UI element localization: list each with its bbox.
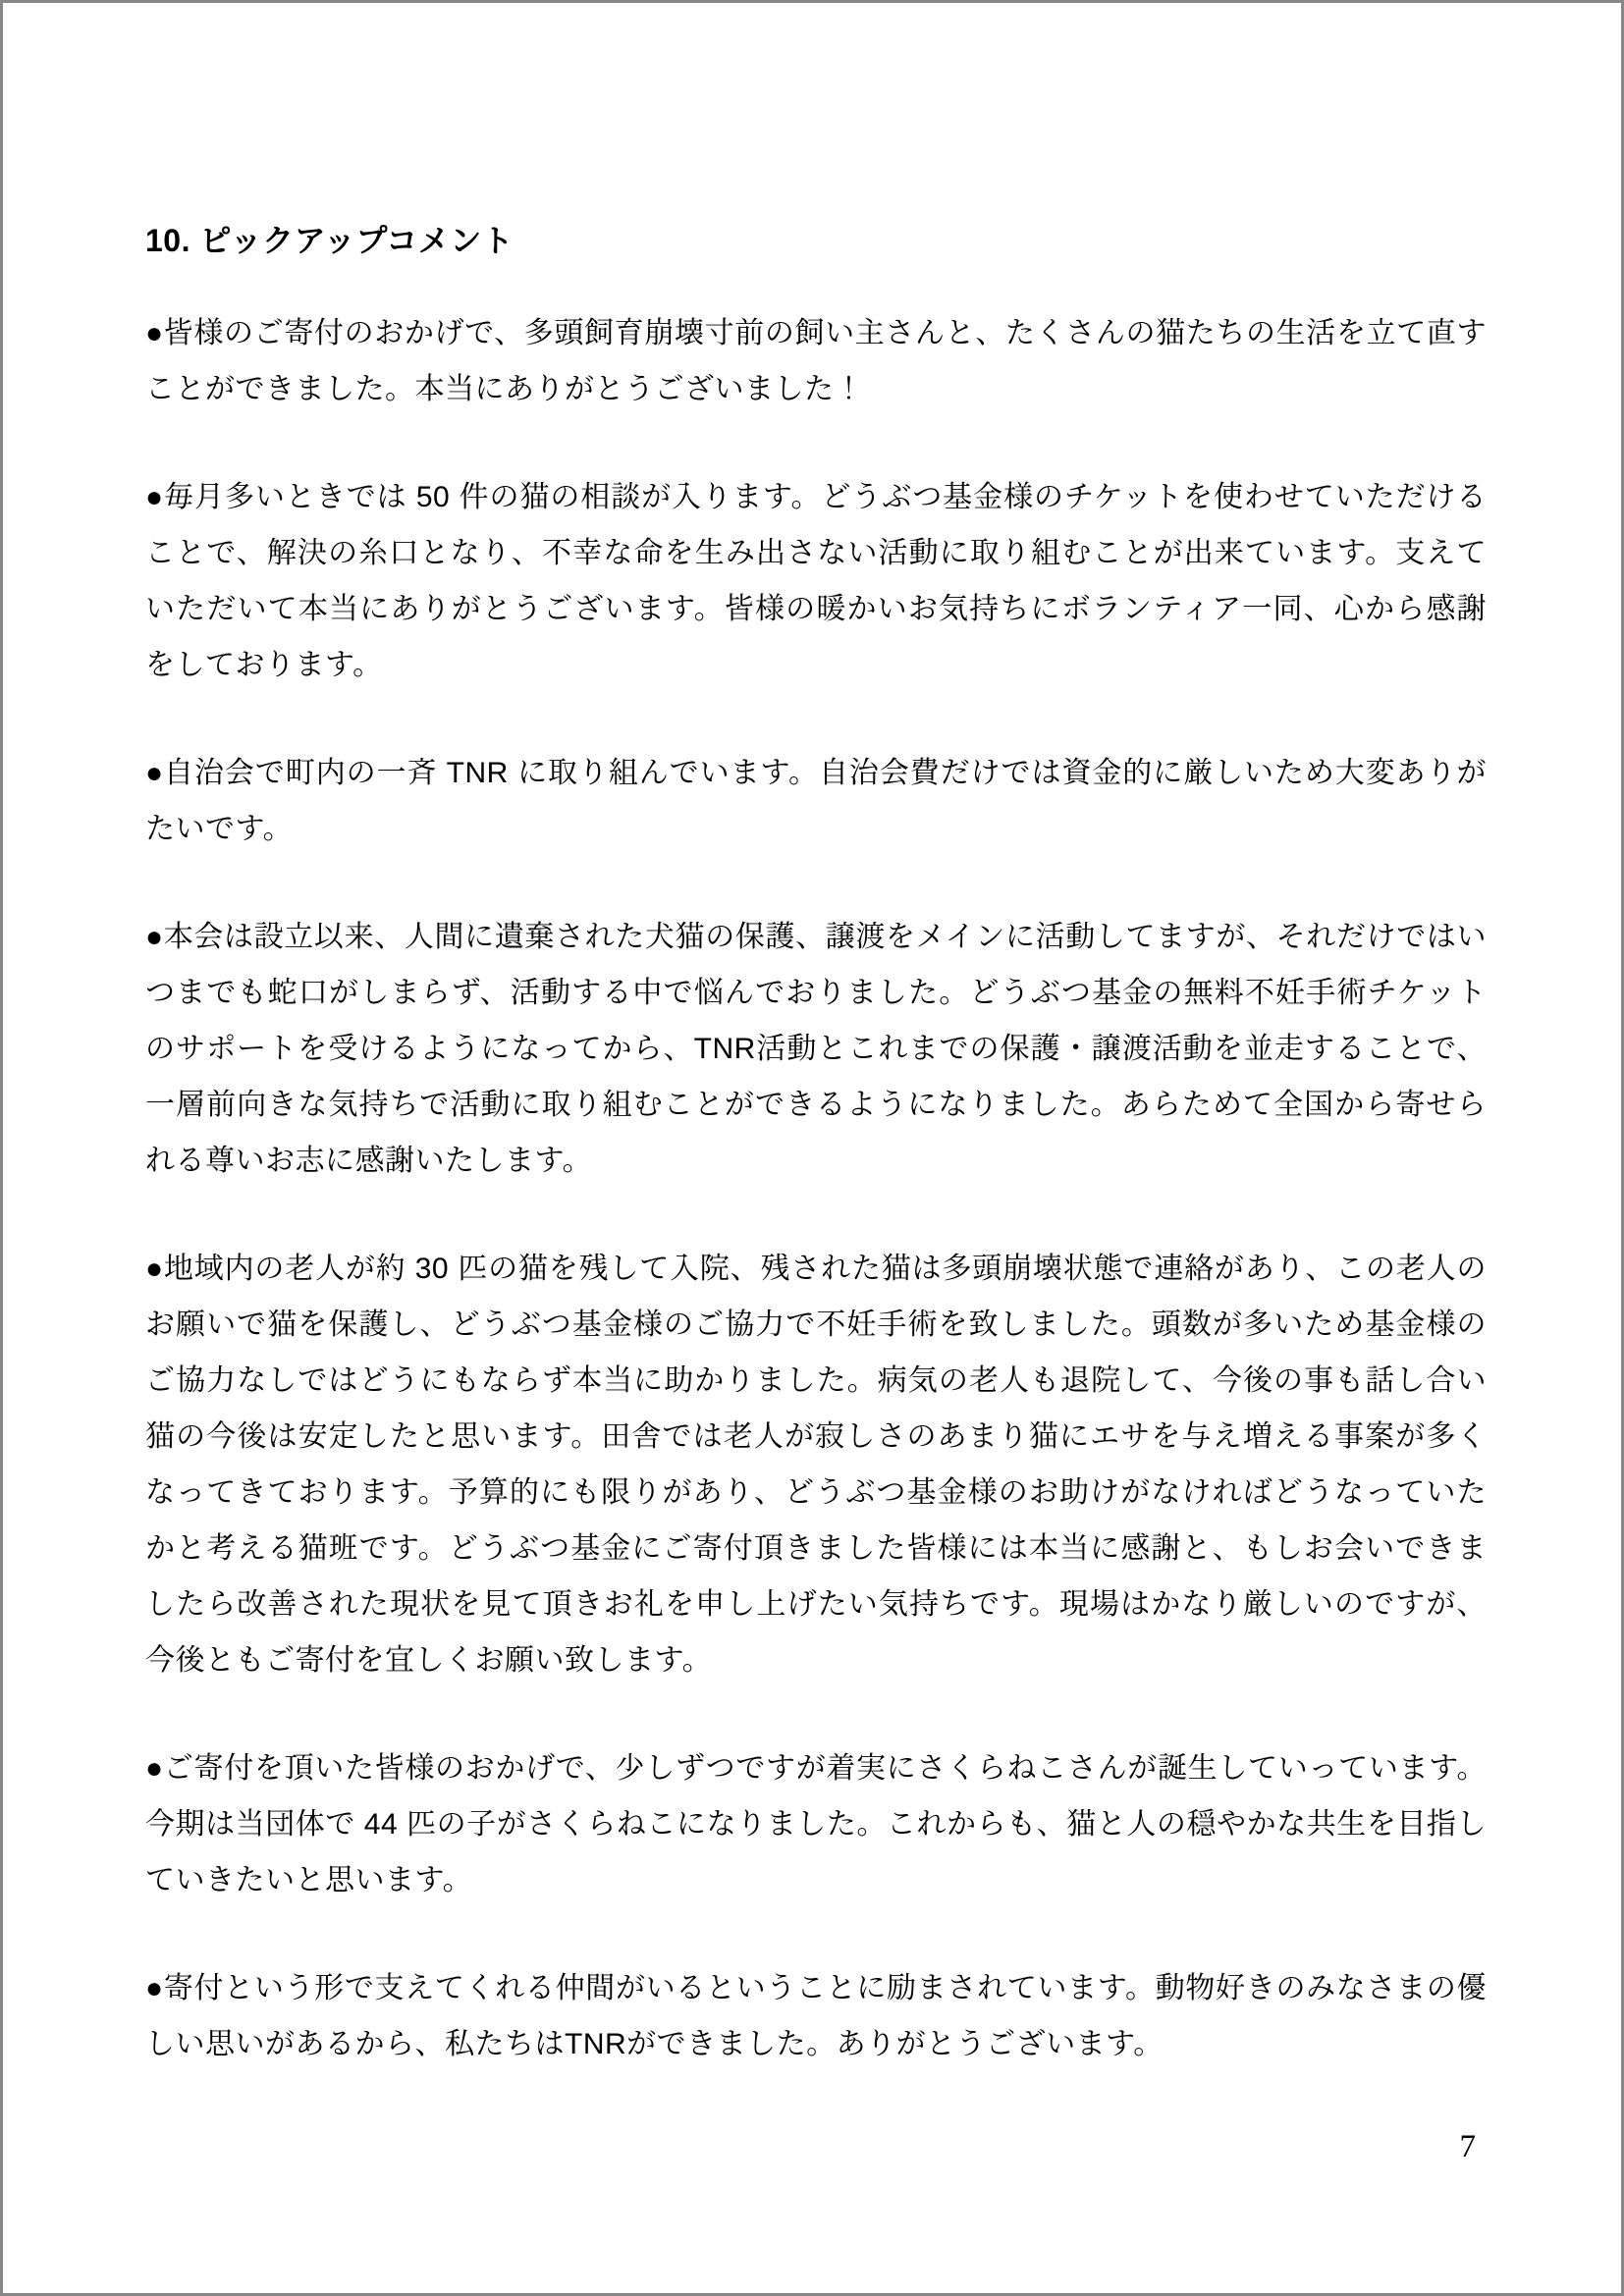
page-number: 7 bbox=[1460, 2131, 1477, 2163]
document-page: 10. ピックアップコメント ●皆様のご寄付のおかげで、多頭飼育崩壊寸前の飼い主… bbox=[0, 0, 1624, 2296]
page-content: 10. ピックアップコメント ●皆様のご寄付のおかげで、多頭飼育崩壊寸前の飼い主… bbox=[145, 3, 1487, 2072]
comment-paragraph-5: ●地域内の老人が約 30 匹の猫を残して入院、残された猫は多頭崩壊状態で連絡があ… bbox=[145, 1241, 1487, 1688]
section-heading: 10. ピックアップコメント bbox=[145, 221, 1487, 260]
comment-paragraph-7: ●寄付という形で支えてくれる仲間がいるということに励まされています。動物好きのみ… bbox=[145, 1960, 1487, 2072]
comment-paragraph-2: ●毎月多いときでは 50 件の猫の相談が入ります。どうぶつ基金様のチケットを使わ… bbox=[145, 469, 1487, 693]
comment-paragraph-3: ●自治会で町内の一斉 TNR に取り組んでいます。自治会費だけでは資金的に厳しい… bbox=[145, 745, 1487, 857]
comment-paragraph-1: ●皆様のご寄付のおかげで、多頭飼育崩壊寸前の飼い主さんと、たくさんの猫たちの生活… bbox=[145, 305, 1487, 417]
comment-paragraph-6: ●ご寄付を頂いた皆様のおかげで、少しずつですが着実にさくらねこさんが誕生していっ… bbox=[145, 1740, 1487, 1908]
comment-paragraph-4: ●本会は設立以来、人間に遺棄された犬猫の保護、譲渡をメインに活動してますが、それ… bbox=[145, 909, 1487, 1189]
